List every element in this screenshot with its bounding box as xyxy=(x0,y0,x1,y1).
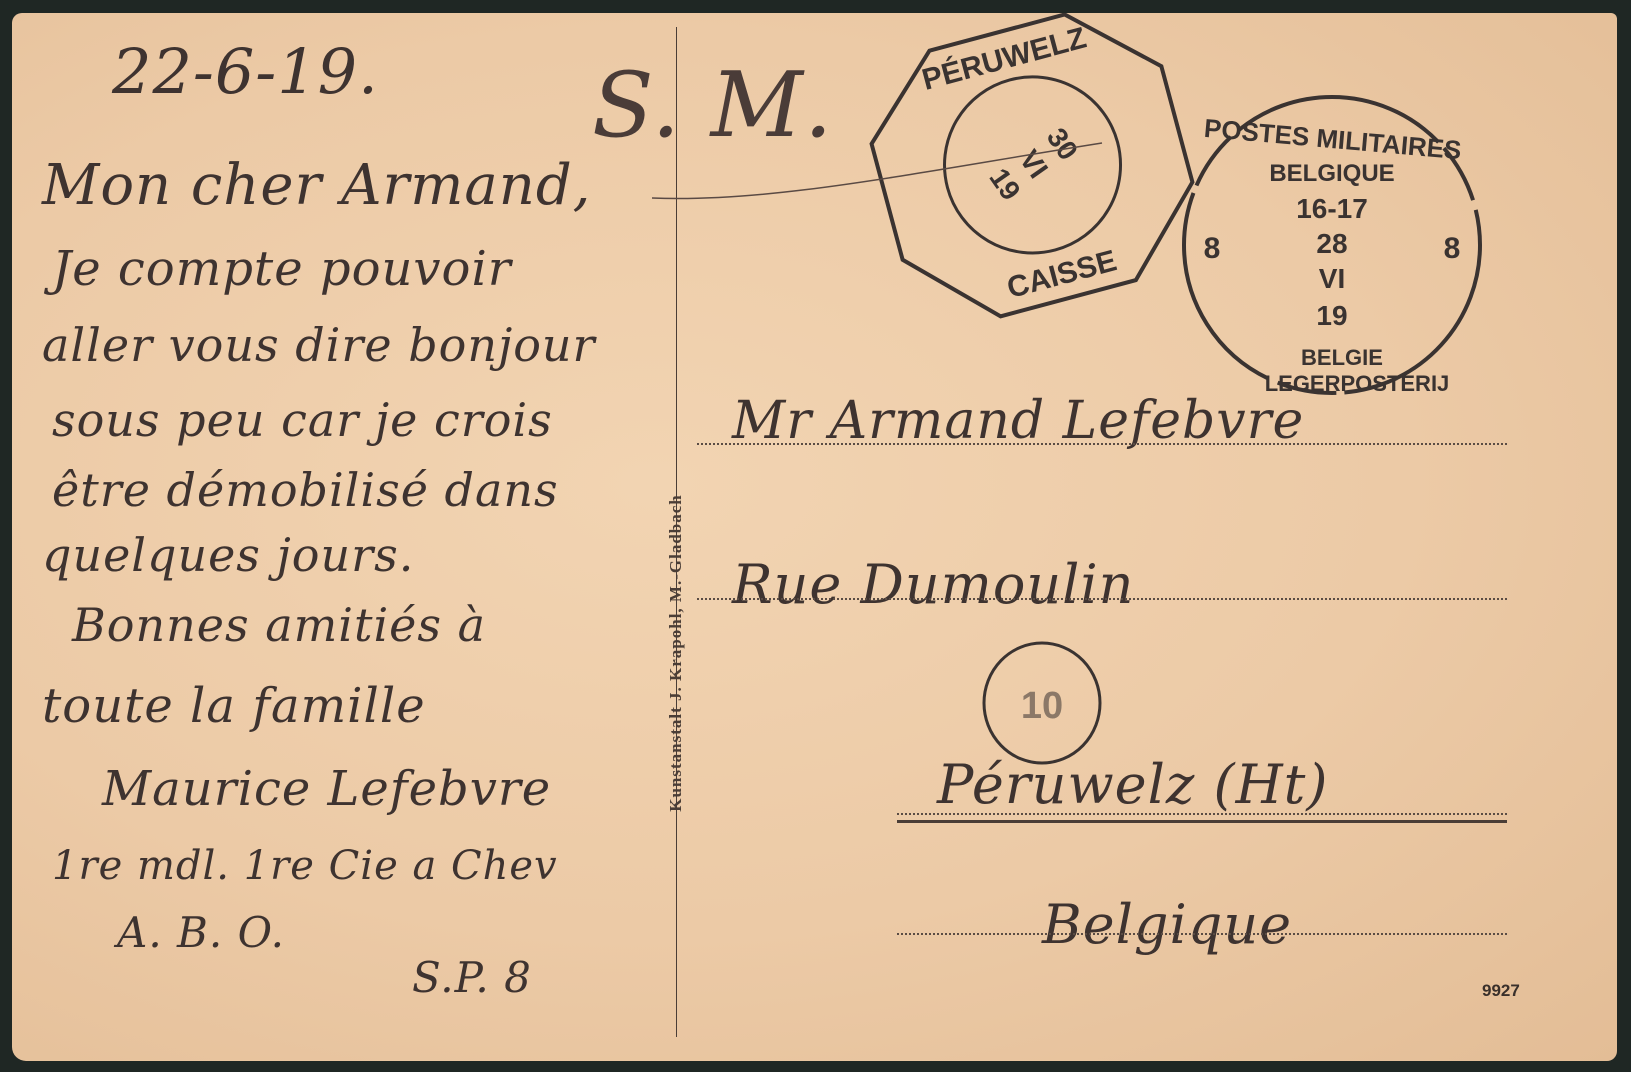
military-inner-bottom: BELGIE xyxy=(1301,345,1383,370)
military-month: VI xyxy=(1319,263,1345,294)
postmarks-layer: PÉRUWELZ CAISSE 30 VI 19 POSTES MILITAIR… xyxy=(12,13,1617,1061)
small-circle-text: 10 xyxy=(1021,685,1063,727)
military-top-text: POSTES MILITAIRES xyxy=(1203,113,1463,165)
military-side-right: 8 xyxy=(1444,232,1461,265)
military-side-left: 8 xyxy=(1204,232,1221,265)
military-day: 28 xyxy=(1316,228,1347,259)
small-circle-postmark: 10 xyxy=(984,643,1100,763)
military-postmark: POSTES MILITAIRES BELGIQUE 16-17 28 VI 1… xyxy=(1184,97,1480,396)
military-inner-text: BELGIQUE xyxy=(1269,160,1394,187)
military-bottom-text: LEGERPOSTERIJ xyxy=(1265,371,1450,396)
postcard-back: 22-6-19. Mon cher Armand, Je compte pouv… xyxy=(12,13,1617,1061)
military-year: 19 xyxy=(1316,300,1347,331)
military-time: 16-17 xyxy=(1296,193,1368,224)
